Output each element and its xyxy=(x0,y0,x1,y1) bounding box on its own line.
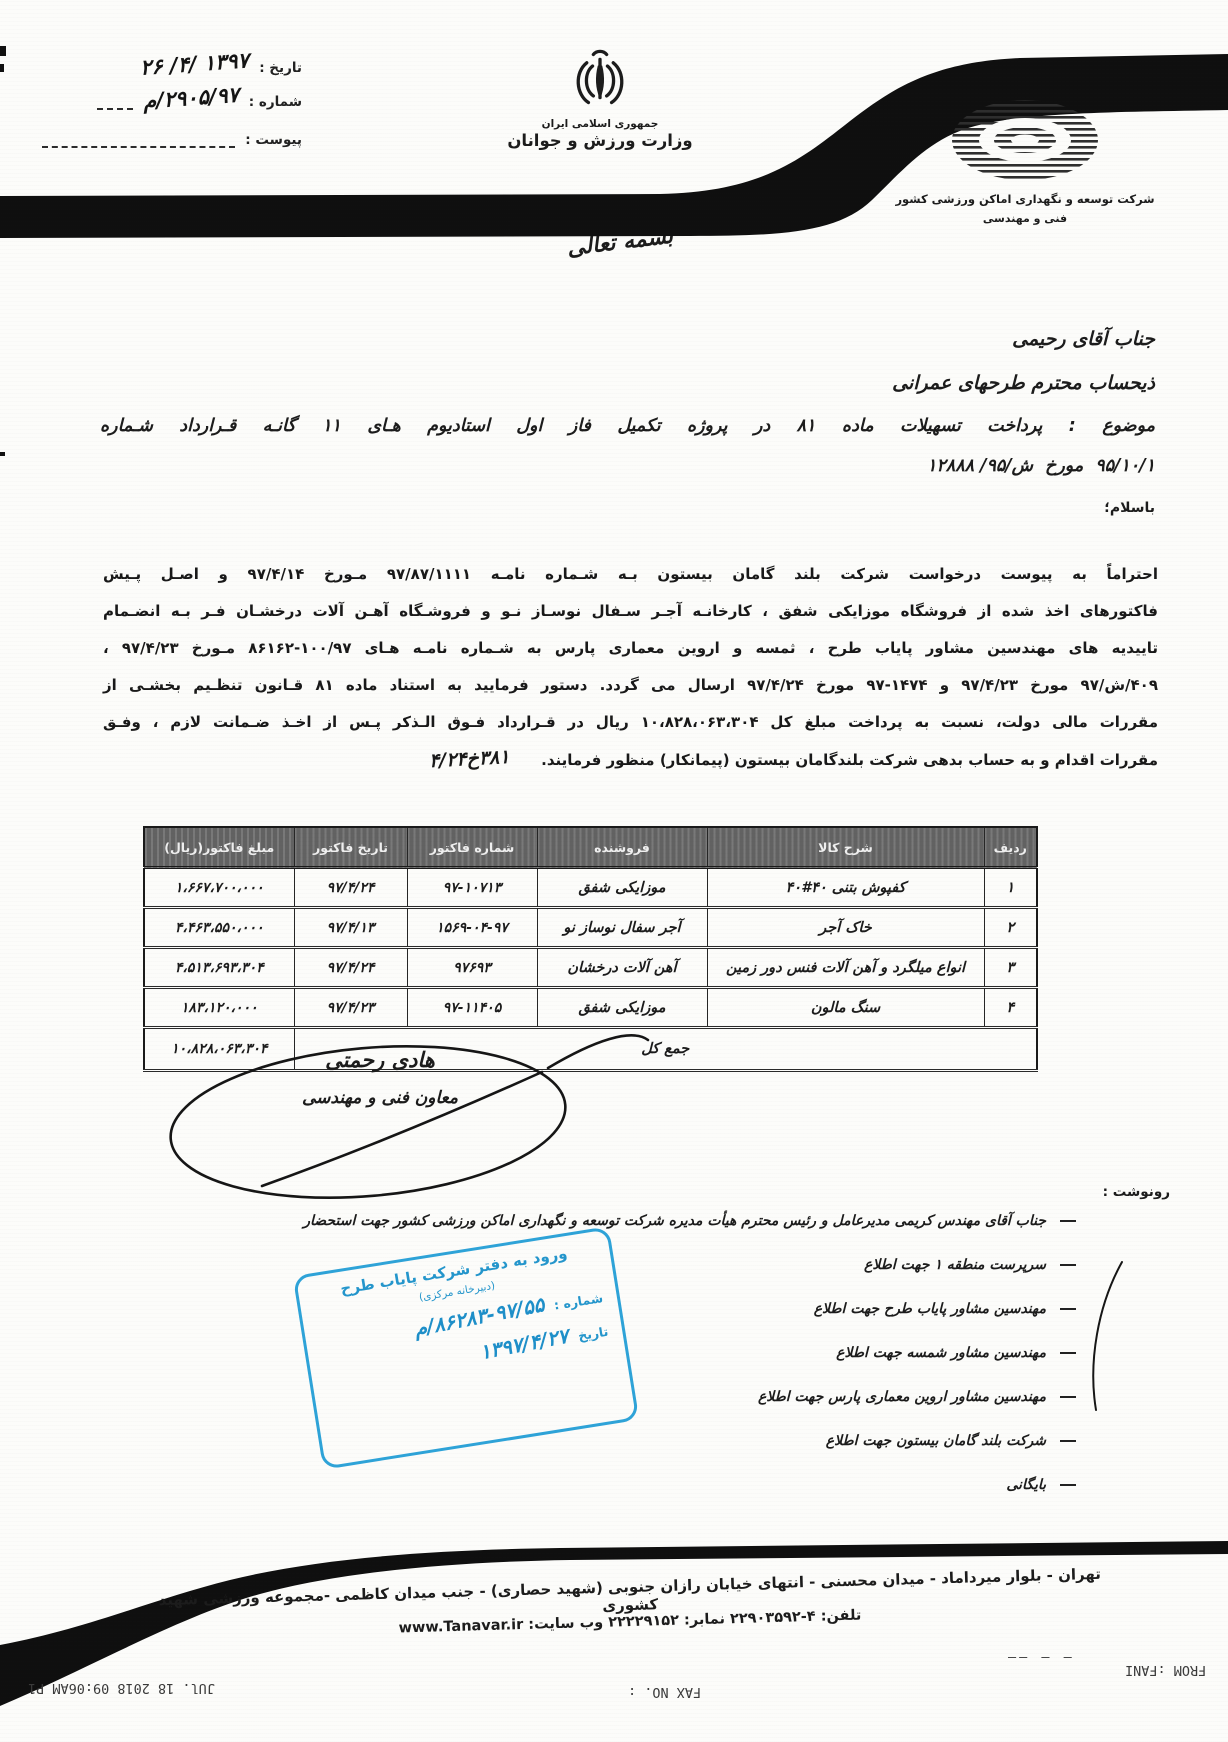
header-seller: فروشنده xyxy=(537,827,707,868)
cell-description: سنگ مالون xyxy=(707,988,984,1028)
stamp-date-handwritten: ۱۳۹۷/۴/۲۷ xyxy=(477,1324,570,1365)
body-paragraph: احتراماً به پیوست درخواست شرکت بلند گاما… xyxy=(103,556,1158,779)
cell-seller: موزایکی شفق xyxy=(537,988,707,1028)
cell-seller: آهن آلات درخشان xyxy=(537,948,707,988)
table-header-row: ردیف شرح کالا فروشنده شماره فاکتور تاریخ… xyxy=(144,827,1037,868)
cc-item: بایگانی xyxy=(86,1476,1076,1494)
fax-from-label: FROM :FANI xyxy=(1125,1662,1206,1678)
cc-item: جناب آقای مهندس کریمی مدیرعامل و رئیس مح… xyxy=(86,1212,1076,1230)
fax-dashes: — – —— xyxy=(1005,1650,1072,1666)
body-line: ۴۰۹/ش/۹۷ مورخ ۹۷/۴/۲۳ و ۱۴۷۴-۹۷ مورخ ۹۷/… xyxy=(103,667,1158,704)
dash-icon xyxy=(1060,1308,1076,1310)
cell-amount: ۴،۴۶۳،۵۵۰،۰۰۰ xyxy=(144,908,294,948)
header-description: شرح کالا xyxy=(707,827,984,868)
body-line: مقررات اقدام و به حساب بدهی شرکت بلندگام… xyxy=(103,741,1158,779)
cell-seller: موزایکی شفق xyxy=(537,868,707,908)
subject-line: موضوع : پرداخت تسهیلات ماده ۸۱ در پروژه … xyxy=(100,416,1155,436)
cell-description: خاک آجر xyxy=(707,908,984,948)
dash-icon xyxy=(1060,1484,1076,1486)
dash-icon xyxy=(1060,1220,1076,1222)
table-row: ۲ خاک آجر آجر سفال نوساز نو ۱۵۶۹-۰۴-۹۷ ۹… xyxy=(144,908,1037,948)
header-row-number: ردیف xyxy=(984,827,1037,868)
header-invoice-number: شماره فاکتور xyxy=(407,827,537,868)
body-line: فاکتورهای اخذ شده از فروشگاه موزایکی شفق… xyxy=(103,593,1158,630)
scan-artifact xyxy=(0,452,5,456)
header-amount: مبلغ فاکتور(ریال) xyxy=(144,827,294,868)
subject-number-line: ۱۲۸۸۸ /۹۵/ش مورخ ۹۵/۱۰/۱ xyxy=(100,456,1155,476)
dated-word: مورخ xyxy=(1045,456,1083,476)
cell-amount: ۴،۵۱۳،۶۹۳،۳۰۴ xyxy=(144,948,294,988)
cell-row-number: ۳ xyxy=(984,948,1037,988)
invoice-table: ردیف شرح کالا فروشنده شماره فاکتور تاریخ… xyxy=(143,826,1038,1072)
signature-name: هادی رحمتی xyxy=(165,1048,595,1072)
stamp-number-label: شماره : xyxy=(553,1290,604,1313)
table-row: ۳ انواع میلگرد و آهن آلات فنس دور زمین آ… xyxy=(144,948,1037,988)
cc-item-text: شرکت بلند گامان بیستون جهت اطلاع xyxy=(826,1432,1046,1450)
cc-item-text: سرپرست منطقه ۱ جهت اطلاع xyxy=(864,1256,1046,1274)
table-row: ۱ کفپوش بتنی ۴۰#۴۰ موزایکی شفق ۹۷-۱۰۷۱۳ … xyxy=(144,868,1037,908)
dash-icon xyxy=(1060,1352,1076,1354)
cell-row-number: ۲ xyxy=(984,908,1037,948)
cell-invoice-date: ۹۷/۴/۲۴ xyxy=(294,868,407,908)
scanned-letter-page: تاریخ : ۱۳۹۷ /۴/ ۲۶ شماره : ۲۹۰۵/۹۷/م پی… xyxy=(0,0,1228,1742)
header-invoice-date: تاریخ فاکتور xyxy=(294,827,407,868)
cell-invoice-number: ۱۵۶۹-۰۴-۹۷ xyxy=(407,908,537,948)
company-department: فنی و مهندسی xyxy=(850,212,1200,225)
contract-date: ۹۵/۱۰/۱ xyxy=(1095,456,1155,476)
cell-description: کفپوش بتنی ۴۰#۴۰ xyxy=(707,868,984,908)
cc-item-text: بایگانی xyxy=(1006,1476,1046,1494)
dash-icon xyxy=(1060,1440,1076,1442)
signature-title: معاون فنی و مهندسی xyxy=(165,1088,595,1108)
company-letterhead: شرکت توسعه و نگهداری اماکن ورزشی کشور فن… xyxy=(850,98,1200,225)
cell-invoice-date: ۹۷/۴/۱۳ xyxy=(294,908,407,948)
body-line-text: مقررات اقدام و به حساب بدهی شرکت بلندگام… xyxy=(541,751,1158,769)
signature-block: هادی رحمتی معاون فنی و مهندسی xyxy=(165,1048,595,1108)
cc-item-text: جناب آقای مهندس کریمی مدیرعامل و رئیس مح… xyxy=(303,1212,1046,1230)
cell-invoice-number: ۹۷-۱۱۴۰۵ xyxy=(407,988,537,1028)
contract-number: ۱۲۸۸۸ /۹۵/ش xyxy=(927,456,1033,476)
cc-item-text: مهندسین مشاور شمسه جهت اطلاع xyxy=(836,1344,1046,1362)
cell-invoice-date: ۹۷/۴/۲۴ xyxy=(294,948,407,988)
cc-item-text: مهندسین مشاور اروین معماری پارس جهت اطلا… xyxy=(758,1388,1046,1406)
cell-row-number: ۴ xyxy=(984,988,1037,1028)
cell-description: انواع میلگرد و آهن آلات فنس دور زمین xyxy=(707,948,984,988)
fax-number-label: FAX NO. : xyxy=(628,1684,701,1700)
body-line: تاییدیه های مهندسین مشاور پایاب طرح ، ثم… xyxy=(103,630,1158,667)
body-line: احتراماً به پیوست درخواست شرکت بلند گاما… xyxy=(103,556,1158,593)
cell-amount: ۱۸۳،۱۲۰،۰۰۰ xyxy=(144,988,294,1028)
cell-seller: آجر سفال نوساز نو xyxy=(537,908,707,948)
company-name: شرکت توسعه و نگهداری اماکن ورزشی کشور xyxy=(850,192,1200,206)
cc-item: شرکت بلند گامان بیستون جهت اطلاع xyxy=(86,1432,1076,1450)
company-logo-icon xyxy=(949,98,1101,182)
cell-invoice-number: ۹۷۶۹۳ xyxy=(407,948,537,988)
handwritten-note: ۳۸۱خ۴/۲۴ xyxy=(429,739,511,780)
body-line: مقررات مالی دولت، نسبت به پرداخت مبلغ کل… xyxy=(103,704,1158,741)
recipient-title: ذیحساب محترم طرحهای عمرانی xyxy=(100,372,1155,394)
cc-item-text: مهندسین مشاور پایاب طرح جهت اطلاع xyxy=(814,1300,1046,1318)
dash-icon xyxy=(1060,1264,1076,1266)
fax-timestamp: JUl. 18 2018 09:06AM P1 xyxy=(28,1680,215,1696)
cell-invoice-date: ۹۷/۴/۲۳ xyxy=(294,988,407,1028)
cell-amount: ۱،۶۶۷،۷۰۰،۰۰۰ xyxy=(144,868,294,908)
cell-row-number: ۱ xyxy=(984,868,1037,908)
recipient-block: جناب آقای رحیمی ذیحساب محترم طرحهای عمرا… xyxy=(100,328,1155,516)
recipient-name: جناب آقای رحیمی xyxy=(100,328,1155,350)
table-row: ۴ سنگ مالون موزایکی شفق ۹۷-۱۱۴۰۵ ۹۷/۴/۲۳… xyxy=(144,988,1037,1028)
dash-icon xyxy=(1060,1396,1076,1398)
cc-label: رونوشت : xyxy=(1103,1184,1170,1200)
salutation: باسلام؛ xyxy=(100,500,1155,516)
stamp-date-label: تاریخ xyxy=(577,1323,609,1343)
cell-invoice-number: ۹۷-۱۰۷۱۳ xyxy=(407,868,537,908)
